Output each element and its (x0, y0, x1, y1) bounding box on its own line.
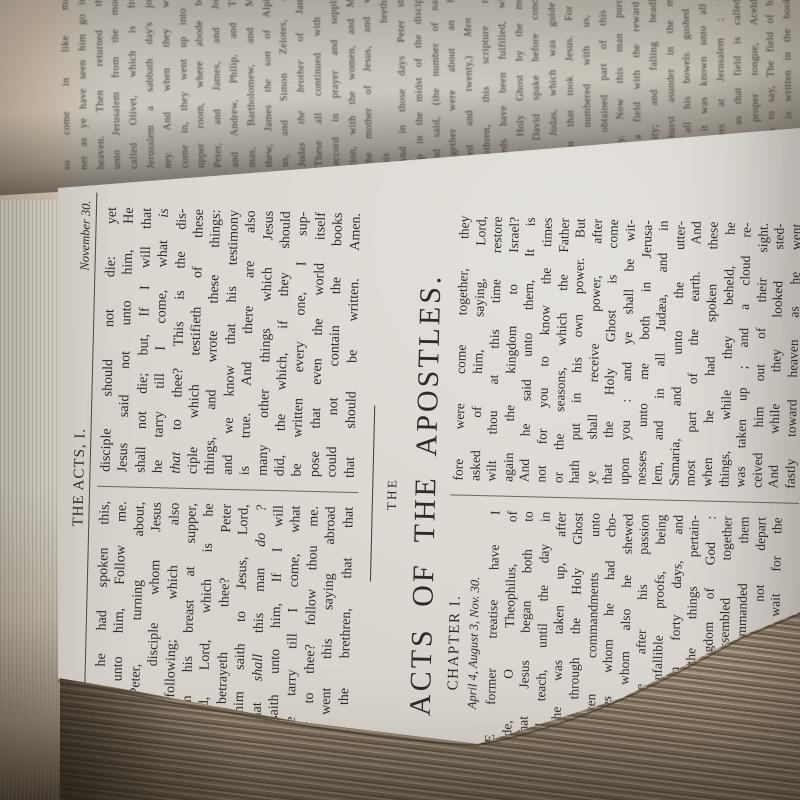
book-title-block: THE ACTS OF THE APOSTLES. (365, 200, 450, 790)
book-photo-scene: so come in like man-ner as ye have seen … (0, 0, 800, 800)
running-head-center: THE ACTS, I. (70, 428, 89, 527)
acts-right-column: fore were come together, theyasked of hi… (450, 201, 800, 503)
book-title-main: ACTS OF THE APOSTLES. (402, 200, 450, 789)
running-head-right: November 30. (77, 200, 94, 270)
john-right-column: disciple should not die: yetJesus said n… (97, 193, 365, 493)
left-page-stack-edge (0, 148, 60, 800)
book-title-the: THE (377, 200, 407, 788)
section-divider-rule (370, 405, 375, 581)
